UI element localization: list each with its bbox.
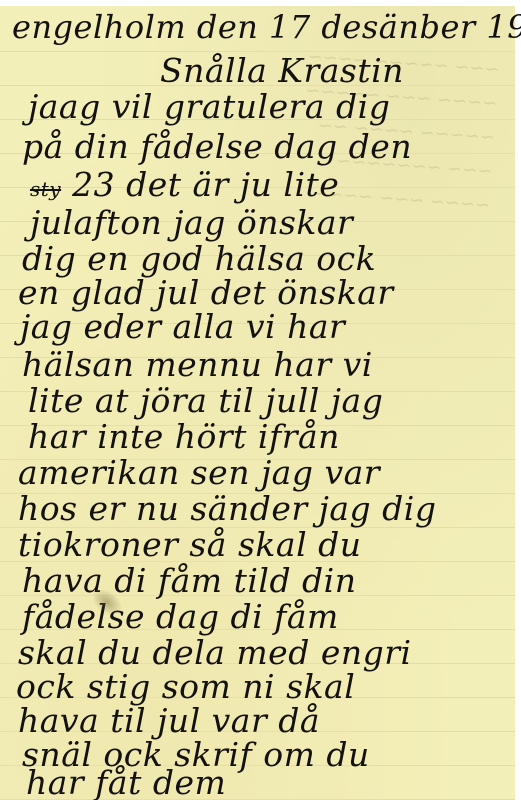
letter-page: ~~~ ~~~~~ ~~~~ ~~~~ ~~~ ~~~~~ ~~~~~ ~~~~… [0,6,515,800]
letter-line-13: tiokroner så skal du [18,526,362,564]
letter-line-10: har inte hört ifrån [28,418,340,456]
letter-line-15: fådelse dag di fåm [22,598,339,636]
letter-line-11: amerikan sen jag var [18,454,380,492]
letter-line-14: hava di fåm tild din [22,562,357,600]
letter-line-20: har fåt dem [26,764,226,800]
letter-header-place-date: engelholm den 17 desänber 1922 [12,8,521,46]
letter-line-8: hälsan mennu har vi [22,346,373,384]
letter-line-12: hos er nu sänder jag dig [18,490,436,528]
letter-line-3: sty 23 det är ju lite [30,166,339,208]
letter-line-7: jag eder alla vi har [20,308,345,346]
letter-line-9: lite at jöra til jull jag [28,382,383,420]
letter-line-3-text: 23 det är ju lite [72,165,339,204]
letter-salutation: Snålla Krastin [160,52,404,90]
letter-line-4: julafton jag önskar [30,204,353,242]
letter-line-2: på din fådelse dag den [22,128,412,166]
struck-word: sty [30,177,61,201]
letter-line-7-text: jag eder alla vi har [20,307,345,346]
letter-line-1: jaag vil gratulera dig [28,88,390,126]
